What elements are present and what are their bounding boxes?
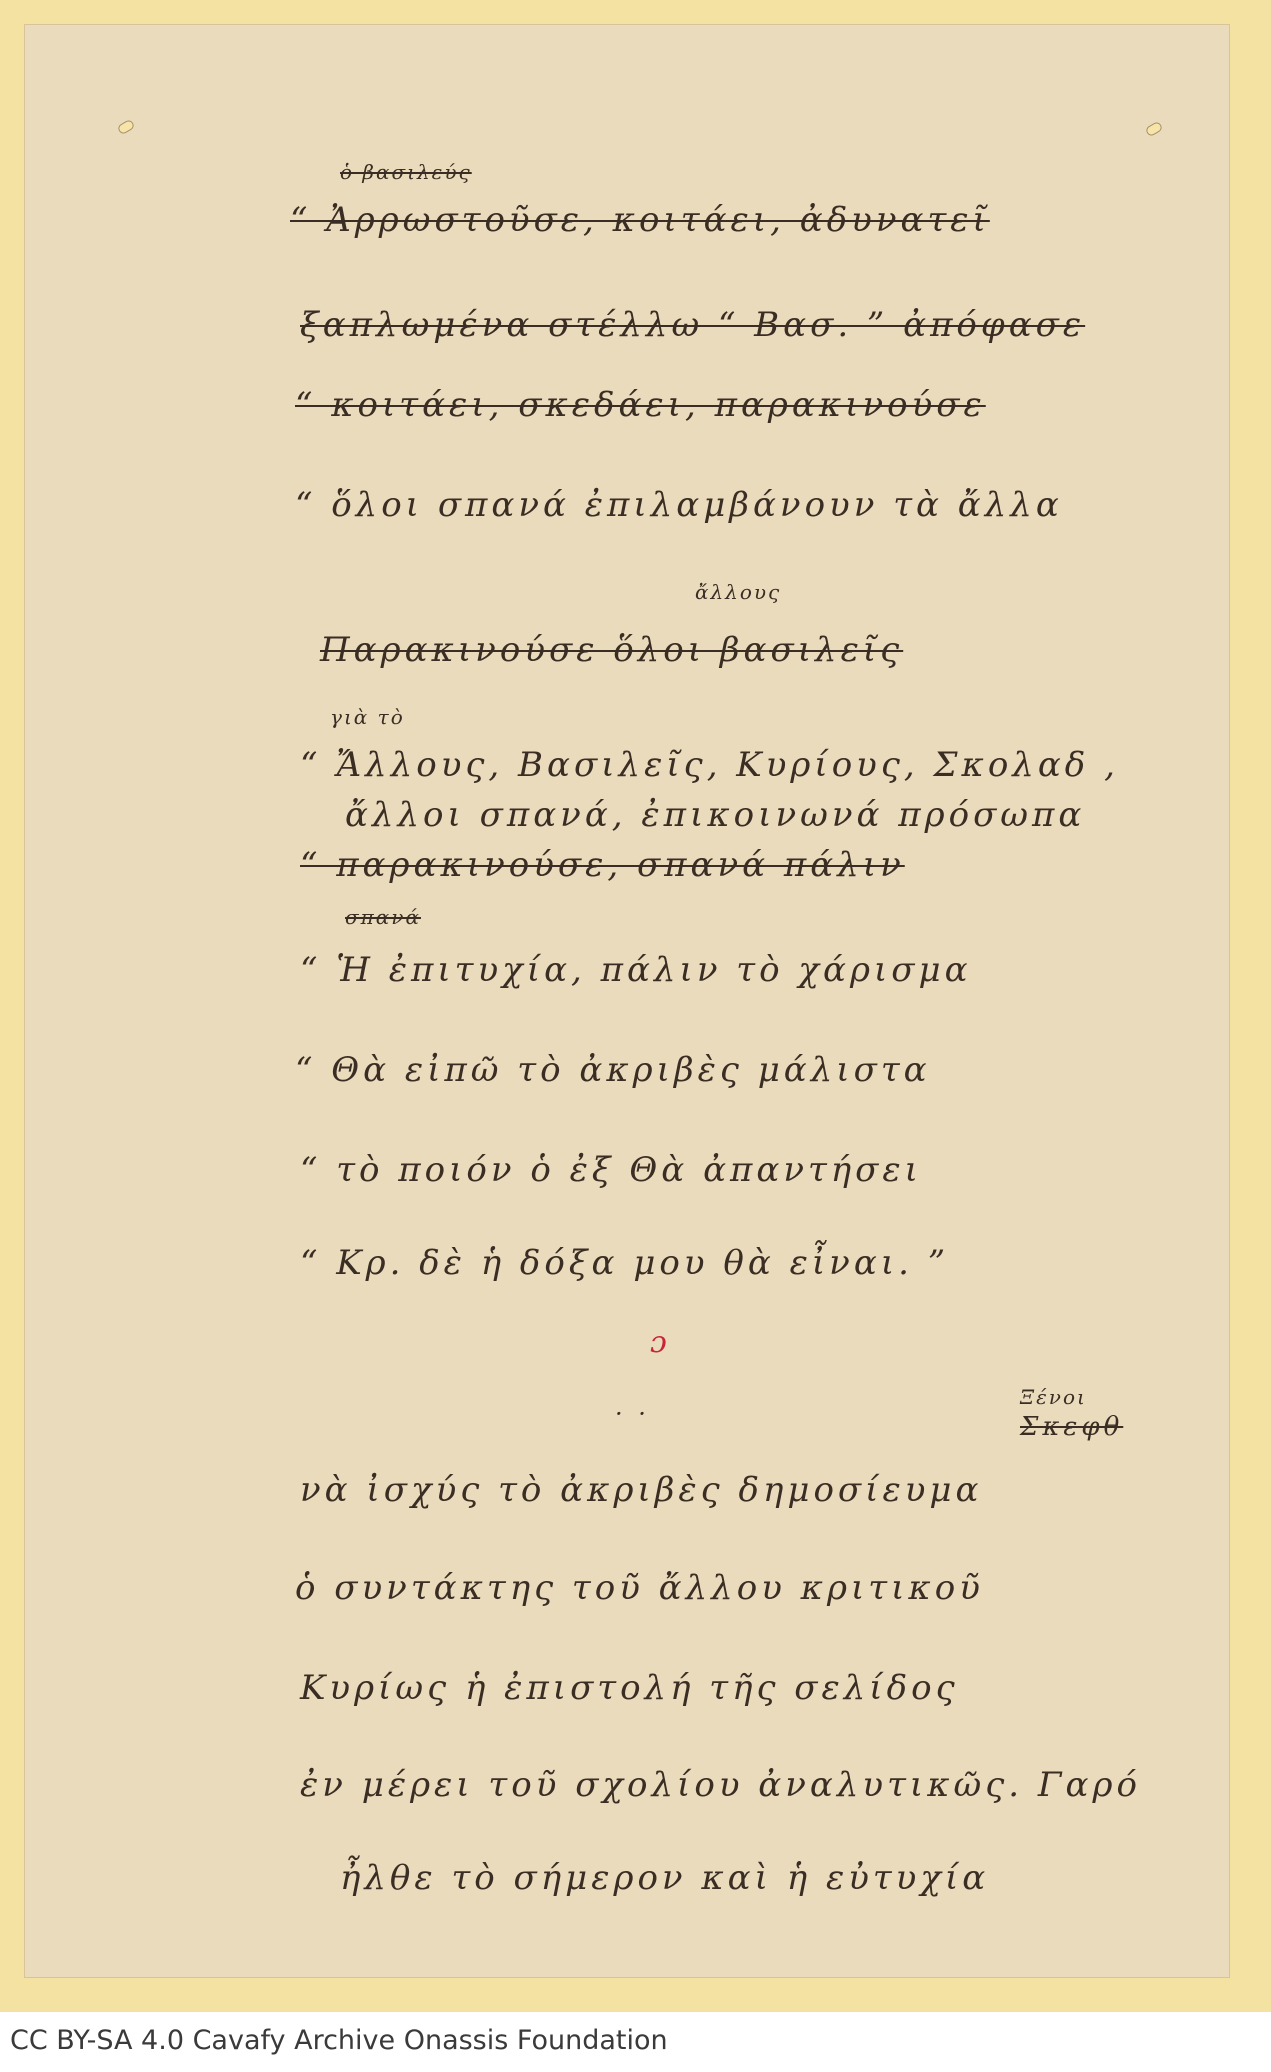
manuscript-line: Παρακινούσε ὅλοι βασιλεῖς	[320, 630, 903, 670]
manuscript-line: ξαπλωμένα στέλλω “ Βασ. ” ἀπόφασε	[300, 305, 1085, 345]
manuscript-line: ἐν μέρει τοῦ σχολίου ἀναλυτικῶς. Γαρό	[300, 1765, 1141, 1805]
manuscript-line: Κυρίως ἡ ἐπιστολή τῆς σελίδος	[300, 1668, 959, 1708]
manuscript-line: ὁ συντάκτης τοῦ ἄλλου κριτικοῦ	[295, 1568, 984, 1608]
red-ink-mark: ɔ	[650, 1325, 671, 1360]
manuscript-line: ὁ βασιλεύς	[340, 160, 472, 184]
manuscript-line: “ τὸ ποιόν ὁ ἐξ Θὰ ἀπαντήσει	[300, 1150, 922, 1190]
manuscript-line: “ Θὰ εἰπῶ τὸ ἀκριβὲς μάλιστα	[295, 1050, 931, 1090]
manuscript-line: “ Κρ. δὲ ἡ δόξα μου θὰ εἶναι. ”	[300, 1243, 949, 1283]
manuscript-line: “ κοιτάει, σκεδάει, παρακινούσε	[295, 385, 986, 425]
manuscript-insertion: ἄλλους	[695, 580, 781, 604]
punch-hole-right	[1145, 121, 1164, 138]
manuscript-line: “ παρακινούσε, σπανά πάλιν	[300, 845, 905, 885]
manuscript-insertion: σπανά	[345, 905, 421, 929]
manuscript-line: “ ὅλοι σπανά ἐπιλαμβάνουν τὰ ἄλλα	[295, 485, 1063, 525]
dots-mark: · ·	[615, 1400, 650, 1428]
manuscript-line: νὰ ἰσχύς τὸ ἀκριβὲς δημοσίευμα	[300, 1470, 982, 1510]
manuscript-insertion: γιὰ τὸ	[330, 705, 405, 729]
manuscript-line: “ Ἡ ἐπιτυχία, πάλιν τὸ χάρισμα	[300, 950, 972, 990]
manuscript-insertion: Ξένοι	[1020, 1385, 1087, 1409]
manuscript-line: ἄλλοι σπανά, ἐπικοινωνά πρόσωπα	[345, 795, 1085, 835]
manuscript-line: “ Ἀρρωστοῦσε, κοιτάει, ἀδυνατεῖ	[290, 200, 990, 240]
manuscript-line: Σκεφθ	[1020, 1412, 1123, 1442]
manuscript-line: “ Ἄλλους, Βασιλεῖς, Κυρίους, Σκολαδ ,	[300, 745, 1119, 785]
manuscript-line: ἦλθε τὸ σήμερον καὶ ἡ εὐτυχία	[340, 1858, 989, 1898]
punch-hole-left	[117, 119, 136, 136]
license-caption: CC BY-SA 4.0 Cavafy Archive Onassis Foun…	[10, 2025, 668, 2056]
